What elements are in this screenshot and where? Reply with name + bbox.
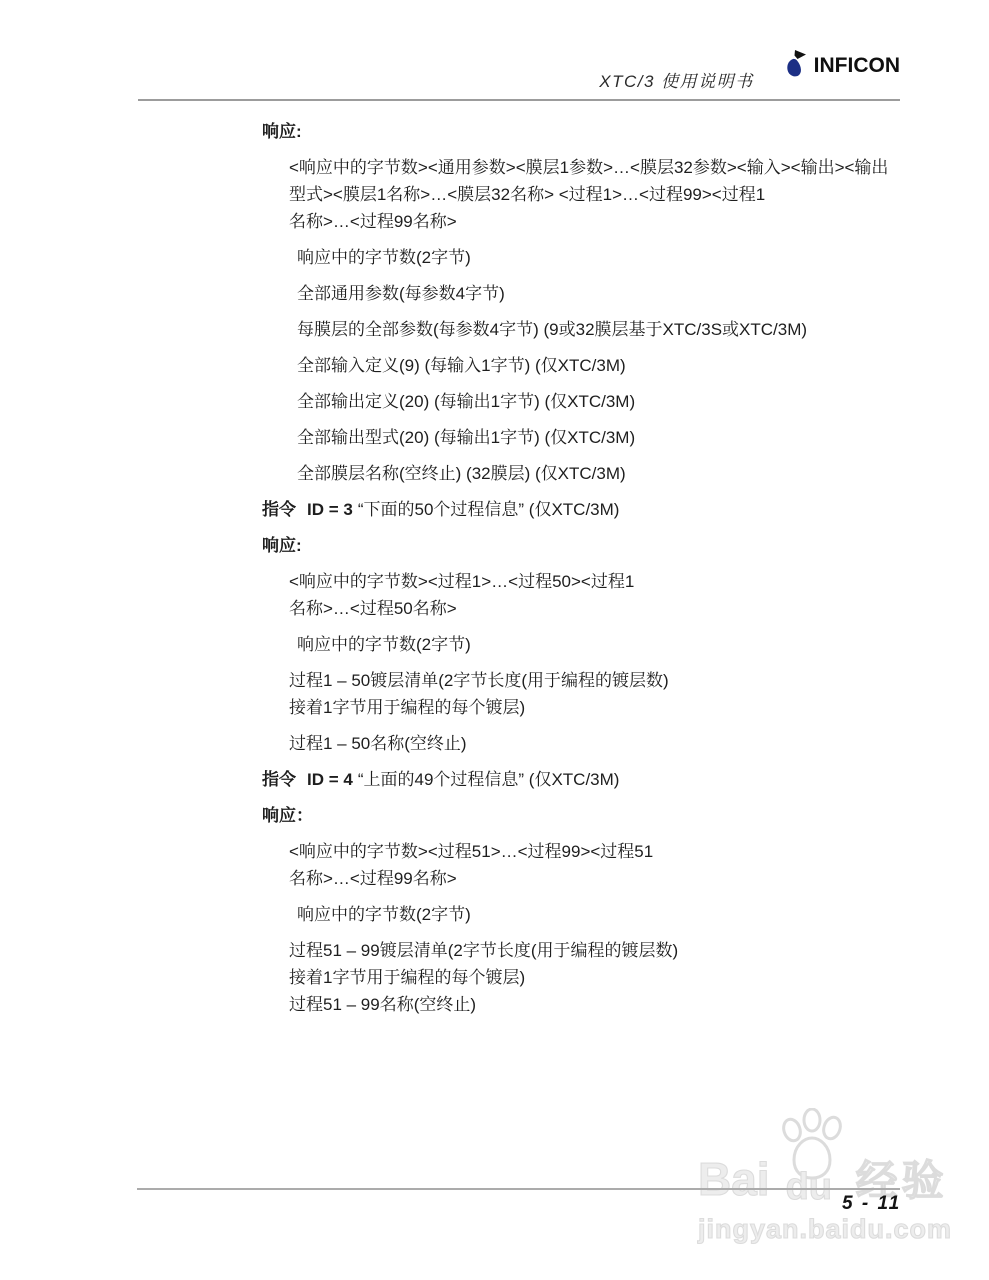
command-label: 指令 bbox=[262, 500, 296, 519]
baidu-jingyan-watermark: Bai du 经验 jingyan.baidu.com bbox=[698, 1126, 948, 1245]
body-para: 过程51 – 99镀层清单(2字节长度(用于编程的镀层数) 接着1字节用于编程的… bbox=[289, 937, 989, 1018]
footer-divider bbox=[137, 1188, 900, 1190]
response-heading: 响应: bbox=[262, 118, 989, 145]
body-line: 响应中的字节数(2字节) bbox=[297, 631, 989, 658]
body-line: 响应中的字节数(2字节) bbox=[297, 244, 989, 271]
command-id4-heading: 指令ID = 4“上面的49个过程信息” (仅XTC/3M) bbox=[262, 766, 989, 793]
body-line: 全部通用参数(每参数4字节) bbox=[297, 280, 989, 307]
page-header: XTC/3 使用说明书 INFICON bbox=[138, 0, 900, 101]
command-id3-heading: 指令ID = 3“下面的50个过程信息” (仅XTC/3M) bbox=[262, 496, 989, 523]
body-para: 过程1 – 50镀层清单(2字节长度(用于编程的镀层数) 接着1字节用于编程的每… bbox=[289, 667, 989, 721]
response-heading: 响应: bbox=[262, 532, 989, 559]
watermark-site-url: jingyan.baidu.com bbox=[698, 1214, 948, 1245]
page-content: 响应: <响应中的字节数><通用参数><膜层1参数>…<膜层32参数><输入><… bbox=[0, 118, 989, 1027]
watermark-logo-row: Bai du 经验 bbox=[698, 1126, 948, 1202]
inficon-logo-text: INFICON bbox=[814, 54, 900, 78]
body-para: 过程1 – 50名称(空终止) bbox=[289, 730, 989, 757]
body-line: 每膜层的全部参数(每参数4字节) (9或32膜层基于XTC/3S或XTC/3M) bbox=[297, 316, 989, 343]
command-id: ID = 3 bbox=[307, 500, 353, 519]
response-format-para: <响应中的字节数><过程51>…<过程99><过程51 名称>…<过程99名称> bbox=[289, 838, 989, 892]
manual-page: XTC/3 使用说明书 INFICON 响应: <响应中的字节数><通用参数><… bbox=[0, 0, 989, 1280]
command-id: ID = 4 bbox=[307, 770, 353, 789]
body-line: 全部输出型式(20) (每输出1字节) (仅XTC/3M) bbox=[297, 424, 989, 451]
command-description: “下面的50个过程信息” (仅XTC/3M) bbox=[358, 500, 620, 519]
watermark-du-text: du bbox=[786, 1168, 832, 1206]
body-line: 全部输出定义(20) (每输出1字节) (仅XTC/3M) bbox=[297, 388, 989, 415]
document-title: XTC/3 使用说明书 bbox=[599, 67, 753, 93]
command-description: “上面的49个过程信息” (仅XTC/3M) bbox=[358, 770, 620, 789]
inficon-logo: INFICON bbox=[784, 47, 900, 84]
body-line: 全部输入定义(9) (每输入1字节) (仅XTC/3M) bbox=[297, 352, 989, 379]
response-format-para: <响应中的字节数><通用参数><膜层1参数>…<膜层32参数><输入><输出><… bbox=[289, 154, 989, 235]
command-label: 指令 bbox=[262, 770, 296, 789]
body-line: 全部膜层名称(空终止) (32膜层) (仅XTC/3M) bbox=[297, 460, 989, 487]
body-line: 响应中的字节数(2字节) bbox=[297, 901, 989, 928]
response-heading: 响应： bbox=[262, 802, 989, 829]
inficon-logo-mark-icon bbox=[784, 47, 811, 84]
page-number: 5 - 11 bbox=[842, 1193, 901, 1215]
response-format-para: <响应中的字节数><过程1>…<过程50><过程1 名称>…<过程50名称> bbox=[289, 568, 989, 622]
watermark-bai-text: Bai bbox=[698, 1156, 770, 1202]
